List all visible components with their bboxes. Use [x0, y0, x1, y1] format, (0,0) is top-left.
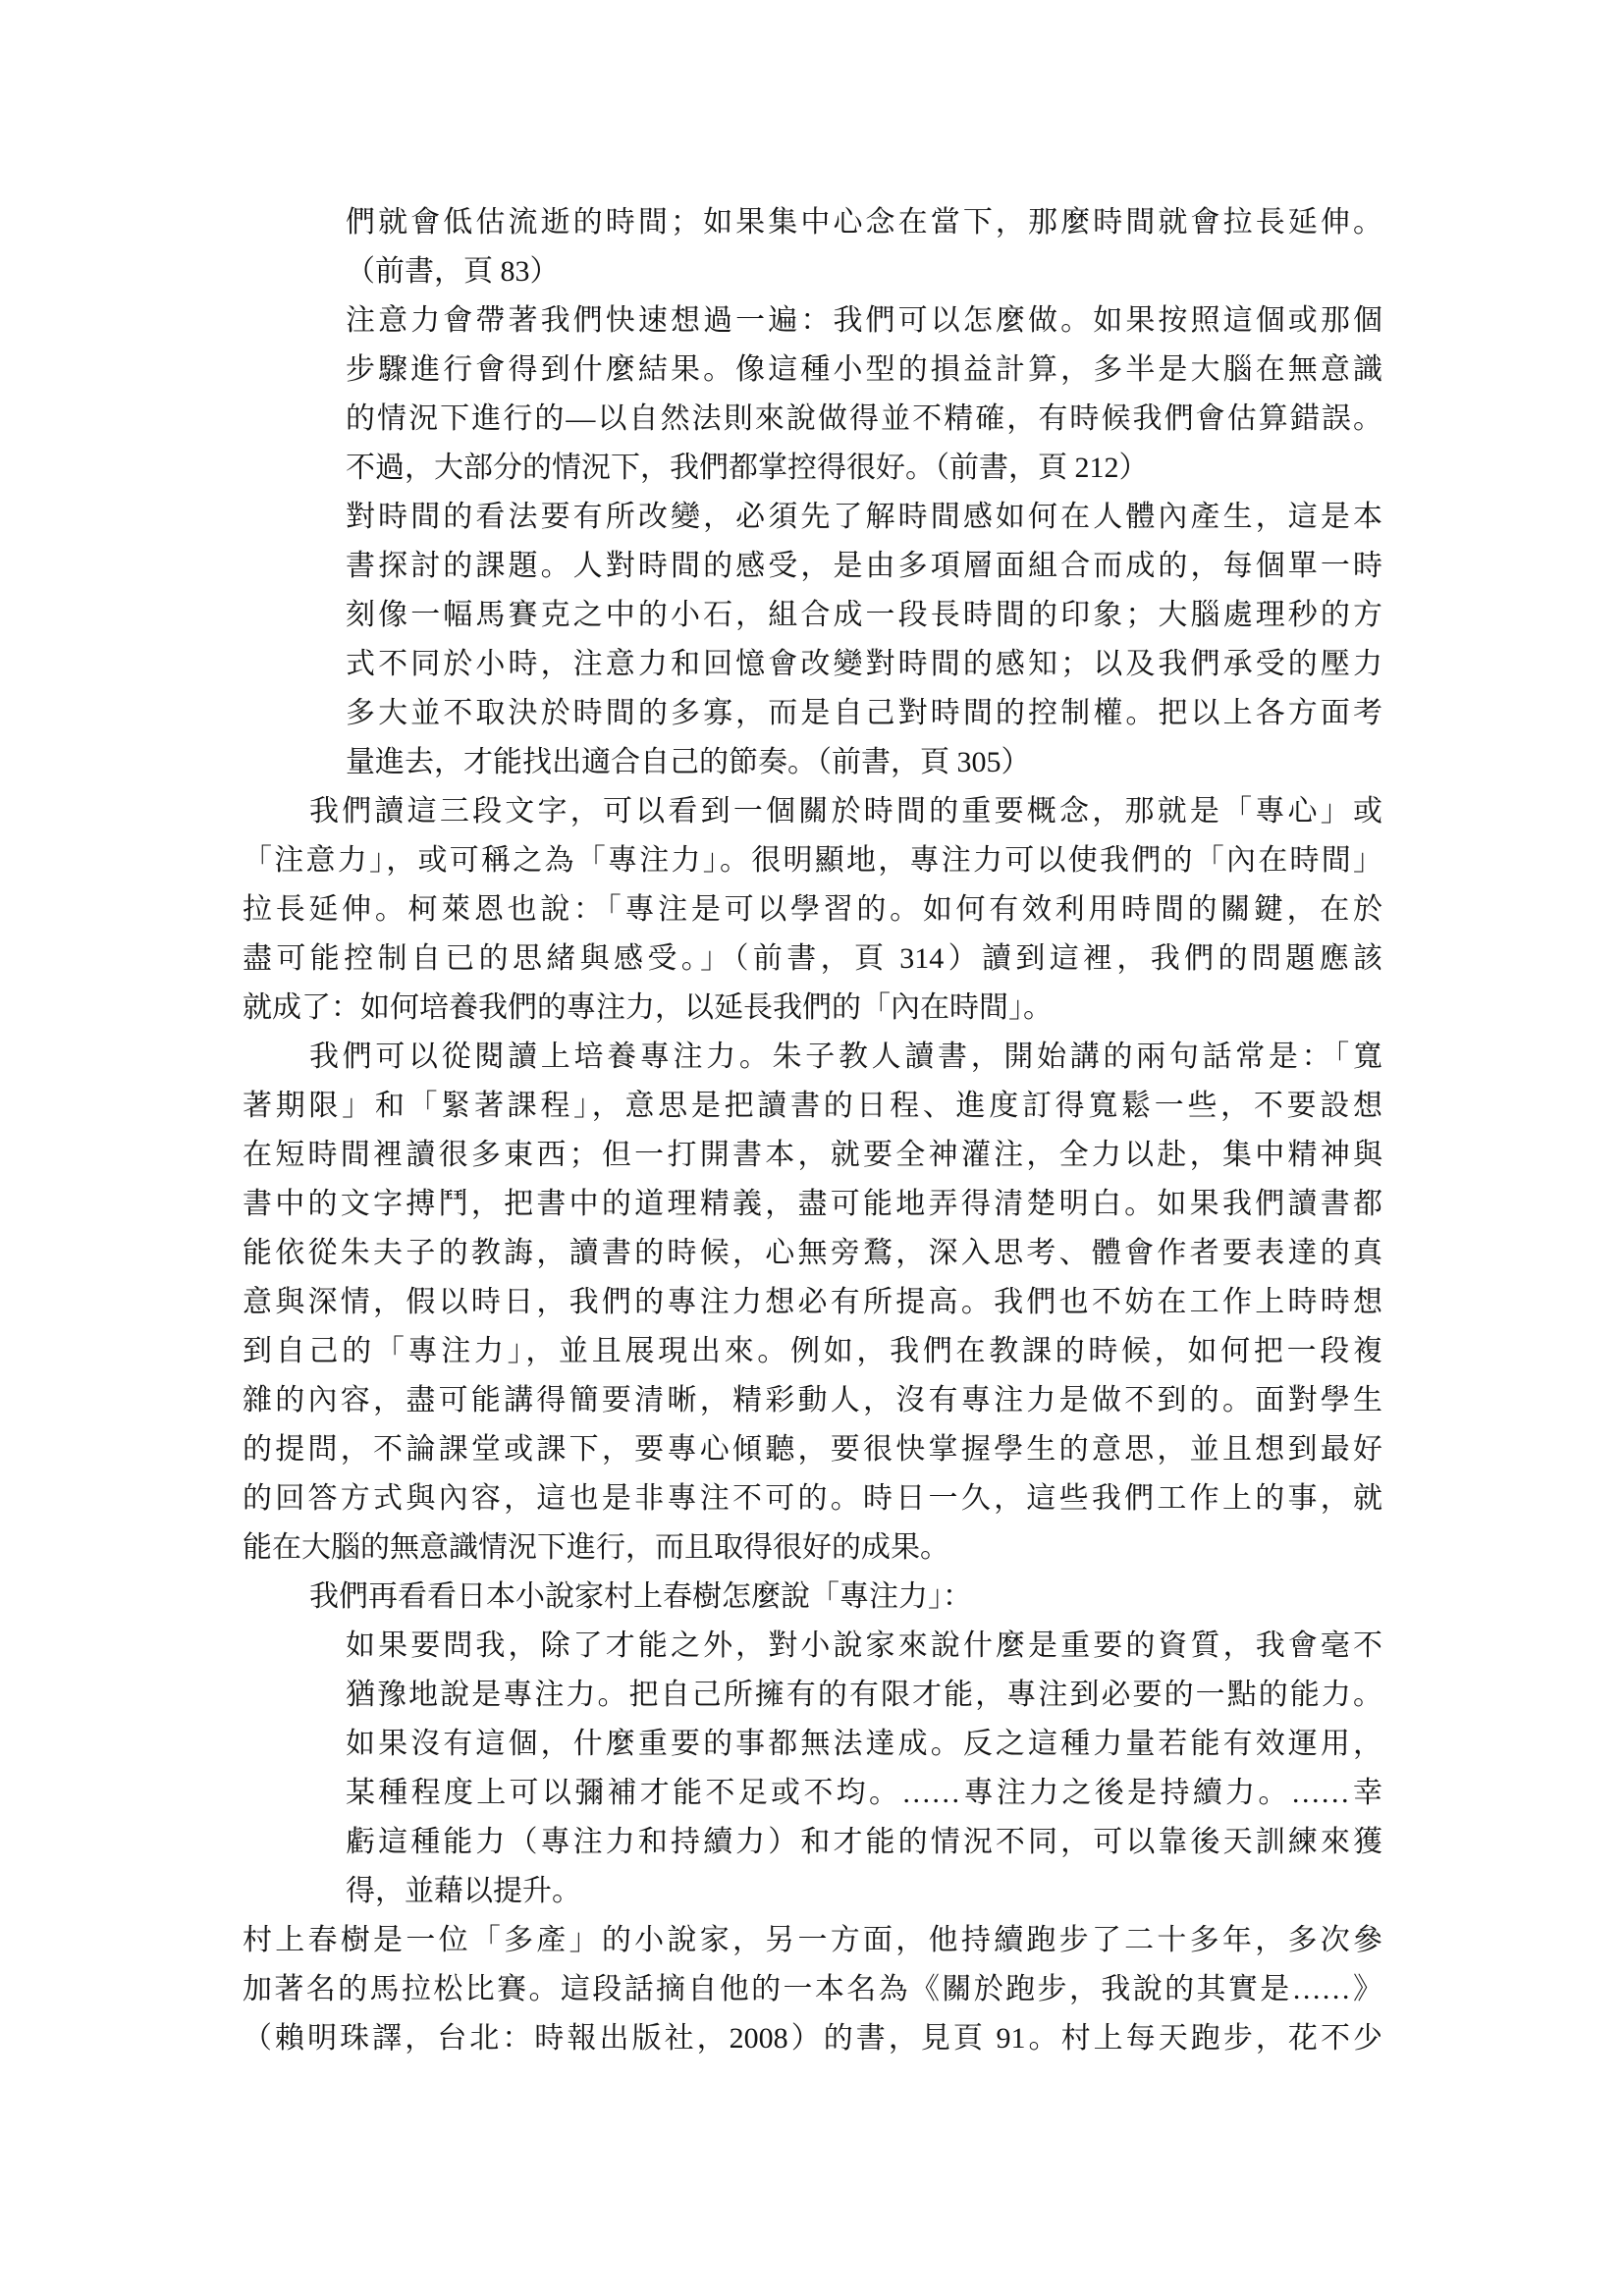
text-line: 們就會低估流逝的時間；如果集中心念在當下，那麼時間就會拉長延伸。: [346, 198, 1382, 247]
text-line: 拉長延伸。柯萊恩也說：「專注是可以學習的。如何有效利用時間的關鍵，在於: [243, 885, 1382, 934]
text-line: 在短時間裡讀很多東西；但一打開書本，就要全神灌注，全力以赴，集中精神與: [243, 1131, 1382, 1180]
blockquote-time-perception: 們就會低估流逝的時間；如果集中心念在當下，那麼時間就會拉長延伸。（前書，頁 83…: [346, 198, 1382, 787]
text-line: 「注意力」，或可稱之為「專注力」。很明顯地，專注力可以使我們的「內在時間」: [243, 836, 1382, 885]
text-line: 如果要問我，除了才能之外，對小說家來說什麼是重要的資質，我會毫不: [346, 1622, 1382, 1671]
text-line: （前書，頁 83）: [346, 247, 1382, 296]
paragraph-murakami-comment: 村上春樹是一位「多產」的小說家，另一方面，他持續跑步了二十多年，多次參加著名的馬…: [243, 1916, 1382, 2063]
text-line: （賴明珠譯，台北：時報出版社，2008）的書，見頁 91。村上每天跑步，花不少: [243, 2014, 1382, 2063]
text-line: 某種程度上可以彌補才能不足或不均。……專注力之後是持續力。……幸: [346, 1769, 1382, 1818]
text-line: 如果沒有這個，什麼重要的事都無法達成。反之這種力量若能有效運用，: [346, 1720, 1382, 1769]
text-line: 不過，大部分的情況下，我們都掌控得很好。（前書，頁 212）: [346, 444, 1382, 493]
text-line: 能依從朱夫子的教誨，讀書的時候，心無旁鶩，深入思考、體會作者要表達的真: [243, 1229, 1382, 1278]
text-line: 盡可能控制自已的思緒與感受。」（前書，頁 314）讀到這裡，我們的問題應該: [243, 934, 1382, 984]
text-line: 能在大腦的無意識情況下進行，而且取得很好的成果。: [243, 1523, 1382, 1573]
text-line: 步驟進行會得到什麼結果。像這種小型的損益計算，多半是大腦在無意識: [346, 346, 1382, 395]
text-line: 刻像一幅馬賽克之中的小石，組合成一段長時間的印象；大腦處理秒的方: [346, 591, 1382, 640]
text-line: 意與深情，假以時日，我們的專注力想必有所提高。我們也不妨在工作上時時想: [243, 1278, 1382, 1327]
document-page: 們就會低估流逝的時間；如果集中心念在當下，那麼時間就會拉長延伸。（前書，頁 83…: [0, 0, 1624, 2296]
blockquote-murakami: 如果要問我，除了才能之外，對小說家來說什麼是重要的資質，我會毫不猶豫地說是專注力…: [346, 1622, 1382, 1916]
text-line: 式不同於小時，注意力和回憶會改變對時間的感知；以及我們承受的壓力: [346, 640, 1382, 689]
text-line: 著期限」和「緊著課程」，意思是把讀書的日程、進度訂得寬鬆一些，不要設想: [243, 1082, 1382, 1131]
text-line: 多大並不取決於時間的多寡，而是自己對時間的控制權。把以上各方面考: [346, 689, 1382, 738]
paragraph-murakami-intro: 我們再看看日本小說家村上春樹怎麼說「專注力」：: [243, 1573, 1382, 1622]
text-line: 書探討的課題。人對時間的感受，是由多項層面組合而成的，每個單一時: [346, 542, 1382, 591]
paragraph-three-passages: 我們讀這三段文字，可以看到一個關於時間的重要概念，那就是「專心」或「注意力」，或…: [243, 787, 1382, 1033]
text-line: 加著名的馬拉松比賽。這段話摘自他的一本名為《關於跑步，我說的其實是……》: [243, 1965, 1382, 2014]
text-line: 注意力會帶著我們快速想過一遍：我們可以怎麼做。如果按照這個或那個: [346, 296, 1382, 346]
text-line: 書中的文字搏鬥，把書中的道理精義，盡可能地弄得清楚明白。如果我們讀書都: [243, 1180, 1382, 1229]
text-line: 雜的內容，盡可能講得簡要清晰，精彩動人，沒有專注力是做不到的。面對學生: [243, 1376, 1382, 1425]
text-content: 們就會低估流逝的時間；如果集中心念在當下，那麼時間就會拉長延伸。（前書，頁 83…: [243, 198, 1382, 2063]
text-line: 的情況下進行的—以自然法則來說做得並不精確，有時候我們會估算錯誤。: [346, 395, 1382, 444]
text-line: 量進去，才能找出適合自己的節奏。（前書，頁 305）: [346, 738, 1382, 787]
text-line: 我們再看看日本小說家村上春樹怎麼說「專注力」：: [243, 1573, 1382, 1622]
text-line: 就成了：如何培養我們的專注力，以延長我們的「內在時間」。: [243, 984, 1382, 1033]
text-line: 的回答方式與內容，這也是非專注不可的。時日一久，這些我們工作上的事，就: [243, 1474, 1382, 1523]
text-line: 猶豫地說是專注力。把自己所擁有的有限才能，專注到必要的一點的能力。: [346, 1671, 1382, 1720]
text-line: 得，並藉以提升。: [346, 1867, 1382, 1916]
paragraph-reading-cultivation: 我們可以從閱讀上培養專注力。朱子教人讀書，開始講的兩句話常是：「寬著期限」和「緊…: [243, 1033, 1382, 1573]
text-line: 的提問，不論課堂或課下，要專心傾聽，要很快掌握學生的意思，並且想到最好: [243, 1425, 1382, 1474]
text-line: 我們可以從閱讀上培養專注力。朱子教人讀書，開始講的兩句話常是：「寬: [243, 1033, 1382, 1082]
text-line: 村上春樹是一位「多產」的小說家，另一方面，他持續跑步了二十多年，多次參: [243, 1916, 1382, 1965]
text-line: 到自己的「專注力」，並且展現出來。例如，我們在教課的時候，如何把一段複: [243, 1327, 1382, 1376]
text-line: 虧這種能力（專注力和持續力）和才能的情況不同，可以靠後天訓練來獲: [346, 1818, 1382, 1867]
text-line: 對時間的看法要有所改變，必須先了解時間感如何在人體內產生，這是本: [346, 493, 1382, 542]
text-line: 我們讀這三段文字，可以看到一個關於時間的重要概念，那就是「專心」或: [243, 787, 1382, 836]
